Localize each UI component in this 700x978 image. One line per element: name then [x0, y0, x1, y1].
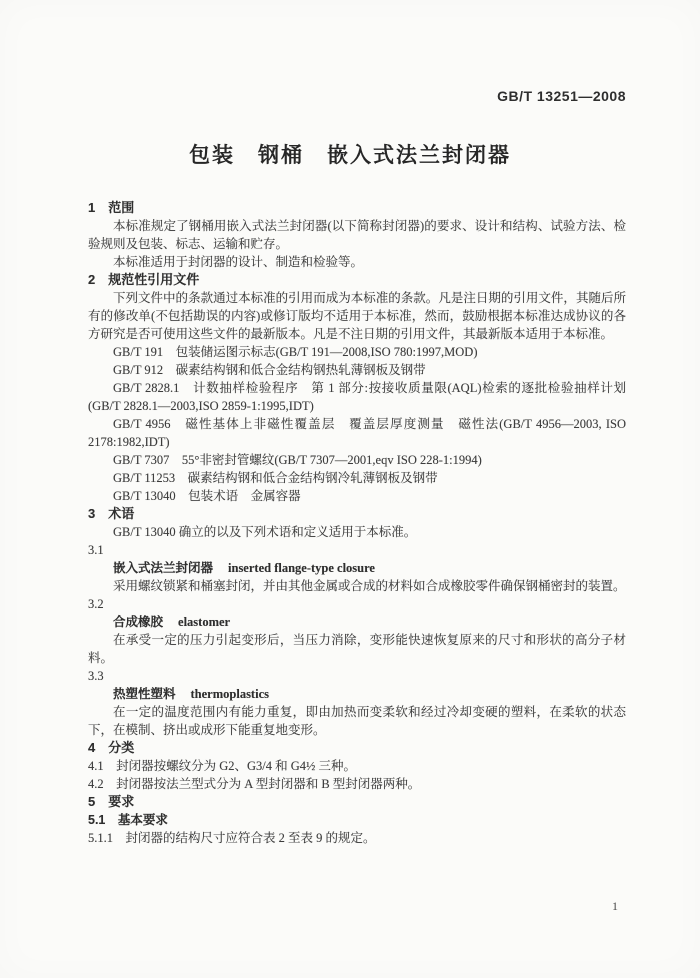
scope-paragraph-1: 本标准规定了钢桶用嵌入式法兰封闭器(以下简称封闭器)的要求、设计和结构、试验方法…	[88, 217, 626, 253]
term-name: 嵌入式法兰封闭器inserted flange-type closure	[88, 559, 626, 577]
reference-item: GB/T 2828.1 计数抽样检验程序 第 1 部分:按接收质量限(AQL)检…	[88, 379, 626, 415]
document-title: 包装 钢桶 嵌入式法兰封闭器	[0, 139, 700, 169]
document-page: GB/T 13251—2008 包装 钢桶 嵌入式法兰封闭器 1 范围 本标准规…	[0, 0, 700, 978]
classification-item: 4.2 封闭器按法兰型式分为 A 型封闭器和 B 型封闭器两种。	[88, 775, 626, 793]
term-definition: 在一定的温度范围内有能力重复，即由加热而变柔软和经过冷却变硬的塑料，在柔软的状态…	[88, 703, 626, 739]
requirements-clause: 5.1.1 封闭器的结构尺寸应符合表 2 至表 9 的规定。	[88, 829, 626, 847]
term-name-en: elastomer	[178, 615, 230, 629]
term-number: 3.2	[88, 595, 626, 613]
reference-item: GB/T 4956 磁性基体上非磁性覆盖层 覆盖层厚度测量 磁性法(GB/T 4…	[88, 415, 626, 451]
scope-paragraph-2: 本标准适用于封闭器的设计、制造和检验等。	[88, 253, 626, 271]
requirements-subheading: 5.1 基本要求	[88, 811, 626, 829]
standard-number: GB/T 13251—2008	[497, 88, 626, 104]
document-body: 1 范围 本标准规定了钢桶用嵌入式法兰封闭器(以下简称封闭器)的要求、设计和结构…	[88, 199, 626, 847]
page-number: 1	[612, 899, 618, 914]
reference-item: GB/T 13040 包装术语 金属容器	[88, 487, 626, 505]
term-definition: 采用螺纹锁紧和桶塞封闭，并由其他金属或合成的材料如合成橡胶零件确保钢桶密封的装置…	[88, 577, 626, 595]
term-name-en: inserted flange-type closure	[228, 561, 375, 575]
term-number: 3.3	[88, 667, 626, 685]
section-heading-requirements: 5 要求	[88, 793, 626, 811]
section-heading-normative-references: 2 规范性引用文件	[88, 271, 626, 289]
term-name-zh: 热塑性塑料	[113, 687, 176, 701]
term-name-zh: 嵌入式法兰封闭器	[113, 561, 213, 575]
term-definition: 在承受一定的压力引起变形后，当压力消除，变形能快速恢复原来的尺寸和形状的高分子材…	[88, 631, 626, 667]
normative-references-intro: 下列文件中的条款通过本标准的引用而成为本标准的条款。凡是注日期的引用文件，其随后…	[88, 289, 626, 343]
section-heading-classification: 4 分类	[88, 739, 626, 757]
term-name: 热塑性塑料thermoplastics	[88, 685, 626, 703]
term-name: 合成橡胶elastomer	[88, 613, 626, 631]
reference-item: GB/T 11253 碳素结构钢和低合金结构钢冷轧薄钢板及钢带	[88, 469, 626, 487]
reference-item: GB/T 191 包装储运图示标志(GB/T 191—2008,ISO 780:…	[88, 343, 626, 361]
classification-item: 4.1 封闭器按螺纹分为 G2、G3/4 和 G4½ 三种。	[88, 757, 626, 775]
reference-item: GB/T 7307 55°非密封管螺纹(GB/T 7307—2001,eqv I…	[88, 451, 626, 469]
term-name-en: thermoplastics	[191, 687, 269, 701]
reference-item: GB/T 912 碳素结构钢和低合金结构钢热轧薄钢板及钢带	[88, 361, 626, 379]
term-number: 3.1	[88, 541, 626, 559]
terms-intro: GB/T 13040 确立的以及下列术语和定义适用于本标准。	[88, 523, 626, 541]
section-heading-terms: 3 术语	[88, 505, 626, 523]
term-name-zh: 合成橡胶	[113, 615, 163, 629]
section-heading-scope: 1 范围	[88, 199, 626, 217]
